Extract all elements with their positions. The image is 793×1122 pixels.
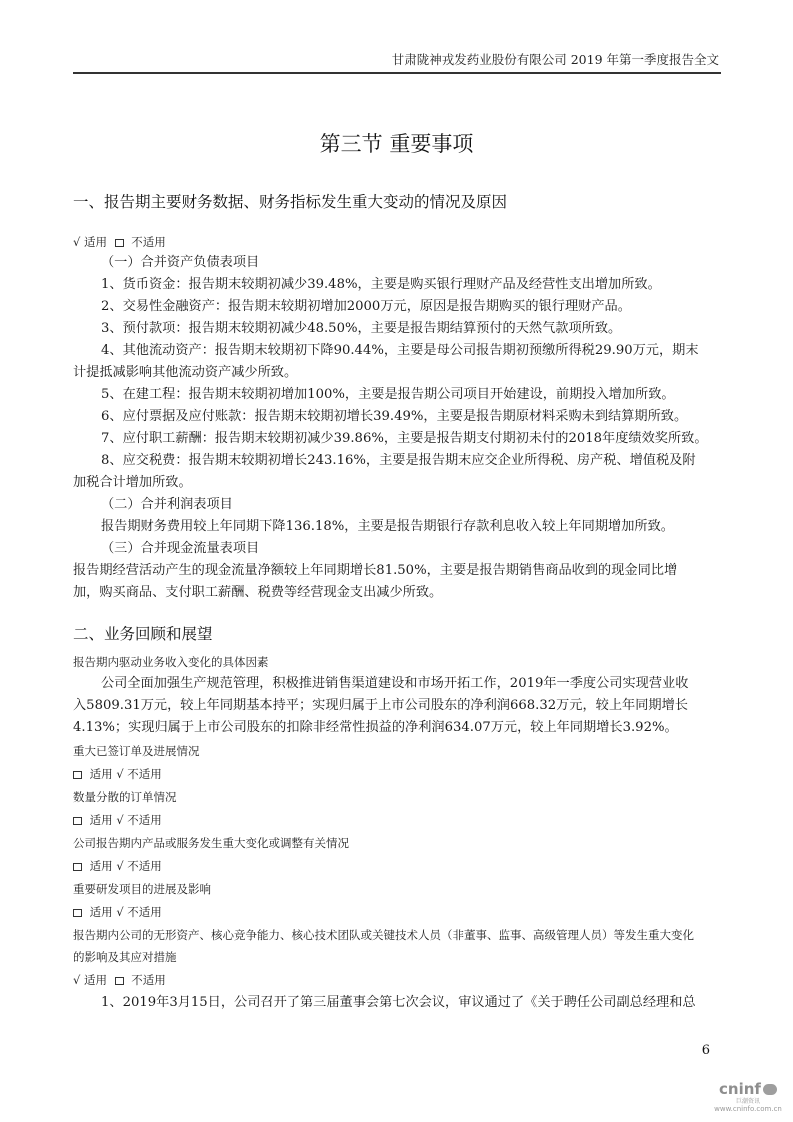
check-mark-icon: √ (116, 905, 123, 919)
income-statement-title: （二）合并利润表项目 (73, 494, 751, 516)
intangibles-item: 1、2019年3月15日，公司召开了第三届董事会第七次会议，审议通过了《关于聘任… (73, 992, 751, 1014)
income-statement-text: 报告期财务费用较上年同期下降136.18%，主要是报告期银行存款利息收入较上年同… (73, 516, 751, 538)
part1-applicability: √ 适用 不适用 (73, 231, 723, 253)
logo-swirl-icon (763, 1084, 777, 1095)
intangibles-label: 的影响及其应对措施 (73, 946, 723, 968)
subsection-label: 数量分散的订单情况 (73, 786, 723, 808)
balance-sheet-title: （一）合并资产负债表项目 (73, 252, 751, 274)
cninfo-logo: cninf 巨潮资讯 www.cninfo.com.cn (708, 1080, 788, 1113)
subsection-label: 重大已签订单及进展情况 (73, 740, 723, 762)
subsection-applicability: 适用 √ 不适用 (73, 901, 723, 923)
logo-brand: cninf (708, 1080, 788, 1098)
part2-heading: 二、业务回顾和展望 (73, 622, 213, 644)
checkbox-icon (73, 863, 82, 871)
list-item: 7、应付职工薪酬：报告期末较期初减少39.86%，主要是报告期支付期初未付的20… (73, 428, 751, 450)
not-applicable-label: 不适用 (131, 973, 166, 987)
drivers-label: 报告期内驱动业务收入变化的具体因素 (73, 651, 723, 673)
page-number: 6 (702, 1043, 710, 1058)
applicable-label: 适用 (90, 859, 113, 873)
drivers-text: 入5809.31万元，较上年同期基本持平；实现归属于上市公司股东的净利润668.… (73, 695, 723, 717)
drivers-text: 公司全面加强生产规范管理，积极推进销售渠道建设和市场开拓工作，2019年一季度公… (73, 673, 751, 695)
checkbox-icon (115, 239, 124, 247)
cash-flow-text: 加，购买商品、支付职工薪酬、税费等经营现金支出减少所致。 (73, 582, 723, 604)
applicable-label: 适用 (84, 235, 107, 249)
applicable-label: 适用 (90, 813, 113, 827)
list-item: 1、货币资金：报告期末较期初减少39.48%，主要是购买银行理财产品及经营性支出… (73, 274, 751, 296)
subsection-applicability: 适用 √ 不适用 (73, 855, 723, 877)
logo-url: www.cninfo.com.cn (708, 1105, 788, 1113)
check-mark-icon: √ (116, 767, 123, 781)
list-item: 2、交易性金融资产：报告期末较期初增加2000万元，原因是报告期购买的银行理财产… (73, 296, 751, 318)
checkbox-icon (73, 909, 82, 917)
drivers-text: 4.13%；实现归属于上市公司股东的扣除非经常性损益的净利润634.07万元，较… (73, 717, 723, 739)
cash-flow-text: 报告期经营活动产生的现金流量净额较上年同期增长81.50%，主要是报告期销售商品… (73, 560, 723, 582)
check-mark-icon: √ (73, 235, 80, 249)
logo-subtitle: 巨潮资讯 (708, 1098, 788, 1105)
intangibles-label: 报告期内公司的无形资产、核心竞争能力、核心技术团队或关键技术人员（非董事、监事、… (73, 924, 723, 946)
checkbox-icon (73, 771, 82, 779)
cash-flow-title: （三）合并现金流量表项目 (73, 538, 751, 560)
subsection-applicability: 适用 √ 不适用 (73, 763, 723, 785)
not-applicable-label: 不适用 (127, 767, 162, 781)
check-mark-icon: √ (116, 859, 123, 873)
list-item: 3、预付款项：报告期末较期初减少48.50%，主要是报告期结算预付的天然气款项所… (73, 318, 751, 340)
section-title: 第三节 重要事项 (0, 128, 793, 158)
list-item: 5、在建工程：报告期末较期初增加100%，主要是报告期公司项目开始建设，前期投入… (73, 384, 751, 406)
checkbox-icon (115, 977, 124, 985)
not-applicable-label: 不适用 (127, 859, 162, 873)
check-mark-icon: √ (73, 973, 80, 987)
subsection-label: 重要研发项目的进展及影响 (73, 878, 723, 900)
subsection-label: 公司报告期内产品或服务发生重大变化或调整有关情况 (73, 832, 723, 854)
not-applicable-label: 不适用 (127, 905, 162, 919)
header-divider (73, 72, 721, 74)
list-item: 4、其他流动资产：报告期末较期初下降90.44%，主要是母公司报告期初预缴所得税… (73, 340, 751, 362)
intangibles-applicability: √ 适用 不适用 (73, 969, 723, 991)
check-mark-icon: √ (116, 813, 123, 827)
not-applicable-label: 不适用 (127, 813, 162, 827)
applicable-label: 适用 (84, 973, 107, 987)
header-title: 甘肃陇神戎发药业股份有限公司 2019 年第一季度报告全文 (392, 50, 719, 68)
list-item-continuation: 计提抵减影响其他流动资产减少所致。 (73, 362, 723, 384)
list-item: 6、应付票据及应付账款：报告期末较期初增长39.49%，主要是报告期原材料采购未… (73, 406, 751, 428)
list-item-continuation: 加税合计增加所致。 (73, 472, 723, 494)
applicable-label: 适用 (90, 767, 113, 781)
subsection-applicability: 适用 √ 不适用 (73, 809, 723, 831)
part1-heading: 一、报告期主要财务数据、财务指标发生重大变动的情况及原因 (73, 190, 507, 212)
not-applicable-label: 不适用 (131, 235, 166, 249)
applicable-label: 适用 (90, 905, 113, 919)
checkbox-icon (73, 817, 82, 825)
list-item: 8、应交税费：报告期末较期初增长243.16%，主要是报告期末应交企业所得税、房… (73, 450, 751, 472)
